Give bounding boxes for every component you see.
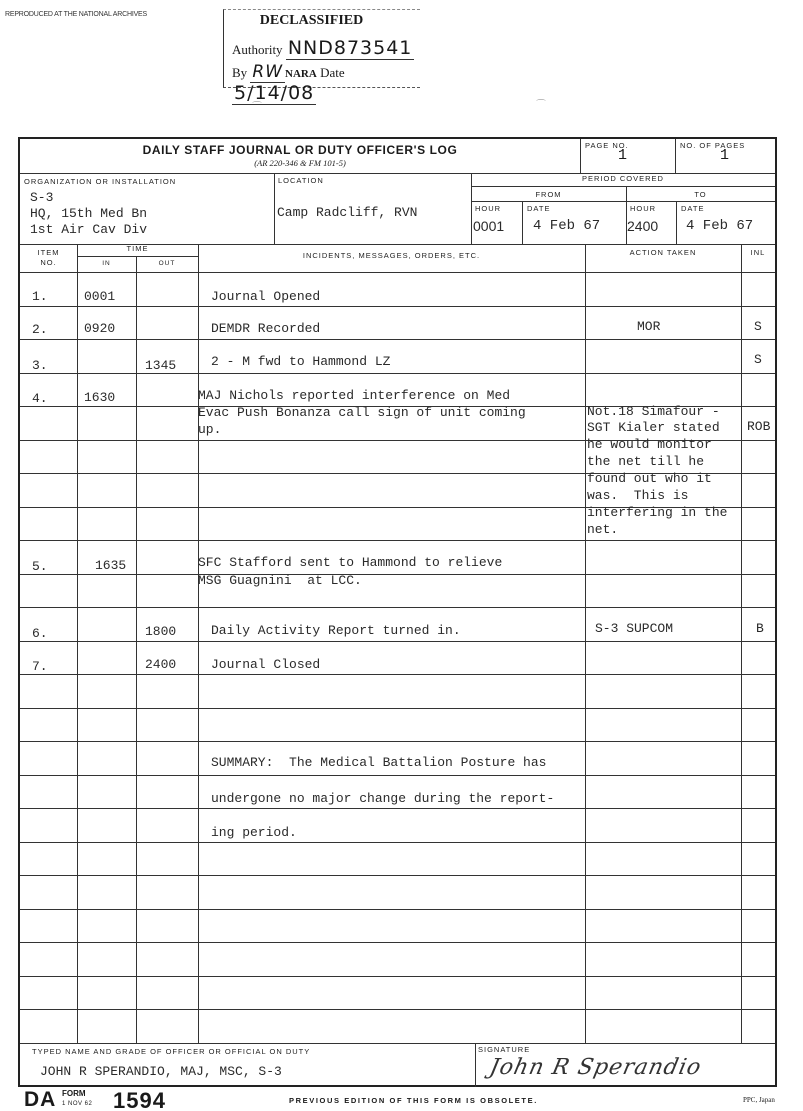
action-taken: was. This is — [587, 488, 688, 503]
organization-line: S-3 — [30, 190, 53, 205]
by-initials: RW — [250, 62, 285, 83]
col-time-label: TIME — [77, 244, 198, 253]
form-date: 1 NOV 62 — [62, 1101, 92, 1107]
entry-text: Journal Closed — [211, 657, 320, 672]
row-line — [20, 942, 775, 943]
date-label: Date — [320, 65, 345, 80]
time-out: 2400 — [145, 657, 176, 672]
row-line — [20, 708, 775, 709]
time-in: 0920 — [84, 321, 115, 336]
item-no: 1. — [32, 289, 48, 304]
time-in: 1630 — [84, 390, 115, 405]
summary-line: SUMMARY: The Medical Battalion Posture h… — [211, 755, 546, 770]
item-no: 6. — [32, 626, 48, 641]
row-line — [20, 842, 775, 843]
item-no: 7. — [32, 659, 48, 674]
signature: John R Sperandio — [487, 1055, 704, 1080]
divider — [675, 139, 676, 173]
divider — [626, 186, 627, 244]
signature-label: SIGNATURE — [478, 1045, 530, 1054]
action-taken: net. — [587, 522, 618, 537]
location-label: LOCATION — [278, 176, 324, 185]
column-line — [198, 244, 199, 1043]
form-prefix: DA — [24, 1088, 56, 1111]
entry-text: Evac Push Bonanza call sign of unit comi… — [198, 405, 526, 420]
divider — [471, 201, 775, 202]
form-number: 1594 — [113, 1088, 166, 1111]
row-line — [20, 641, 775, 642]
declassified-stamp: DECLASSIFIED Authority NND873541 By RWNA… — [223, 9, 420, 88]
entry-text: 2 - M fwd to Hammond LZ — [211, 354, 390, 369]
archive-note: REPRODUCED AT THE NATIONAL ARCHIVES — [5, 11, 147, 18]
column-line — [77, 244, 78, 1043]
stamp-authority: Authority NND873541 — [232, 37, 414, 59]
action-taken: Not.18 Simafour - — [587, 404, 720, 419]
item-no: 4. — [32, 391, 48, 406]
time-out: 1800 — [145, 624, 176, 639]
action-taken: SGT Kialer stated — [587, 420, 720, 435]
divider — [580, 139, 581, 173]
stamp-title: DECLASSIFIED — [224, 13, 399, 29]
row-line — [20, 741, 775, 742]
divider — [522, 201, 523, 244]
nara-label: NARA — [285, 68, 317, 80]
divider — [676, 201, 677, 244]
column-line — [741, 244, 742, 1043]
inl-initials: S — [754, 352, 762, 367]
item-no: 3. — [32, 358, 48, 373]
location-value: Camp Radcliff, RVN — [277, 205, 417, 220]
action-taken: interfering in the — [587, 505, 727, 520]
date-value: 5/14/08 — [232, 82, 316, 105]
row-line — [20, 540, 775, 541]
form-label: FORM — [62, 1090, 86, 1098]
form-subtitle: (AR 220-346 & FM 101-5) — [20, 158, 580, 168]
organization-line: 1st Air Cav Div — [30, 222, 147, 237]
action-taken: the net till he — [587, 454, 704, 469]
divider — [475, 1043, 476, 1087]
divider — [471, 186, 775, 187]
to-hour-value: 2400 — [627, 218, 658, 234]
divider — [274, 173, 275, 244]
organization-line: HQ, 15th Med Bn — [30, 206, 147, 221]
col-out-label: OUT — [136, 260, 198, 267]
printer-note: PPC, Japan — [743, 1096, 775, 1104]
form-title: DAILY STAFF JOURNAL OR DUTY OFFICER'S LO… — [20, 143, 580, 157]
from-hour-value: 0001 — [473, 218, 504, 234]
entry-text: MAJ Nichols reported interference on Med — [198, 388, 510, 403]
action-taken: found out who it — [587, 471, 712, 486]
column-line — [136, 256, 137, 1043]
from-label: FROM — [471, 190, 626, 199]
item-no: 5. — [32, 559, 48, 574]
authority-label: Authority — [232, 42, 283, 57]
row-line — [20, 808, 775, 809]
typed-name-value: JOHN R SPERANDIO, MAJ, MSC, S-3 — [40, 1064, 282, 1079]
scan-mark: ⌒ — [252, 98, 262, 113]
row-line — [20, 674, 775, 675]
row-line — [20, 775, 775, 776]
row-line — [20, 306, 775, 307]
scan-mark: ⌒ — [536, 96, 546, 111]
column-line — [585, 244, 586, 1043]
inl-initials: ROB — [747, 419, 770, 434]
col-item-label: ITEM — [20, 248, 77, 257]
action-taken: S-3 SUPCOM — [595, 621, 673, 636]
entry-text: Daily Activity Report turned in. — [211, 623, 461, 638]
col-action-label: ACTION TAKEN — [585, 248, 741, 257]
to-date-label: DATE — [681, 204, 704, 213]
item-no: 2. — [32, 322, 48, 337]
action-taken: MOR — [637, 319, 660, 334]
no-of-pages-label: NO. OF PAGES — [680, 141, 745, 150]
organization-label: ORGANIZATION OR INSTALLATION — [24, 177, 176, 186]
divider — [471, 173, 472, 244]
from-date-label: DATE — [527, 204, 550, 213]
action-taken: he would monitor — [587, 437, 712, 452]
period-covered-label: PERIOD COVERED — [471, 174, 775, 183]
time-in: 0001 — [84, 289, 115, 304]
row-line — [20, 1009, 775, 1010]
inl-initials: B — [756, 621, 764, 636]
entry-text: SFC Stafford sent to Hammond to relieve — [198, 555, 502, 570]
divider — [20, 1043, 775, 1044]
time-out: 1345 — [145, 358, 176, 373]
divider — [77, 256, 198, 257]
to-label: TO — [626, 190, 775, 199]
row-line — [20, 976, 775, 977]
obsolete-note: PREVIOUS EDITION OF THIS FORM IS OBSOLET… — [289, 1096, 538, 1105]
from-hour-label: HOUR — [475, 204, 501, 213]
row-line — [20, 272, 775, 273]
to-date-value: 4 Feb 67 — [686, 218, 753, 234]
row-line — [20, 875, 775, 876]
row-line — [20, 607, 775, 608]
col-item-label: NO. — [20, 258, 77, 267]
row-line — [20, 373, 775, 374]
staff-journal-form: DAILY STAFF JOURNAL OR DUTY OFFICER'S LO… — [18, 137, 777, 1087]
time-in: 1635 — [95, 558, 126, 573]
summary-line: undergone no major change during the rep… — [211, 791, 554, 806]
to-hour-label: HOUR — [630, 204, 656, 213]
col-incidents-label: INCIDENTS, MESSAGES, ORDERS, ETC. — [198, 251, 585, 260]
row-line — [20, 339, 775, 340]
entry-text: DEMDR Recorded — [211, 321, 320, 336]
row-line — [20, 909, 775, 910]
authority-value: NND873541 — [286, 37, 415, 60]
typed-name-label: TYPED NAME AND GRADE OF OFFICER OR OFFIC… — [32, 1047, 310, 1056]
from-date-value: 4 Feb 67 — [533, 218, 600, 234]
no-of-pages-value: 1 — [720, 147, 729, 164]
by-label: By — [232, 65, 247, 80]
col-inl-label: INL — [741, 248, 775, 257]
entry-text: MSG Guagnini at LCC. — [198, 573, 362, 588]
entry-text: Journal Opened — [211, 289, 320, 304]
col-in-label: IN — [77, 260, 136, 267]
row-line — [20, 574, 775, 575]
entry-text: up. — [198, 422, 221, 437]
summary-line: ing period. — [211, 825, 297, 840]
page-no-value: 1 — [618, 147, 627, 164]
inl-initials: S — [754, 319, 762, 334]
